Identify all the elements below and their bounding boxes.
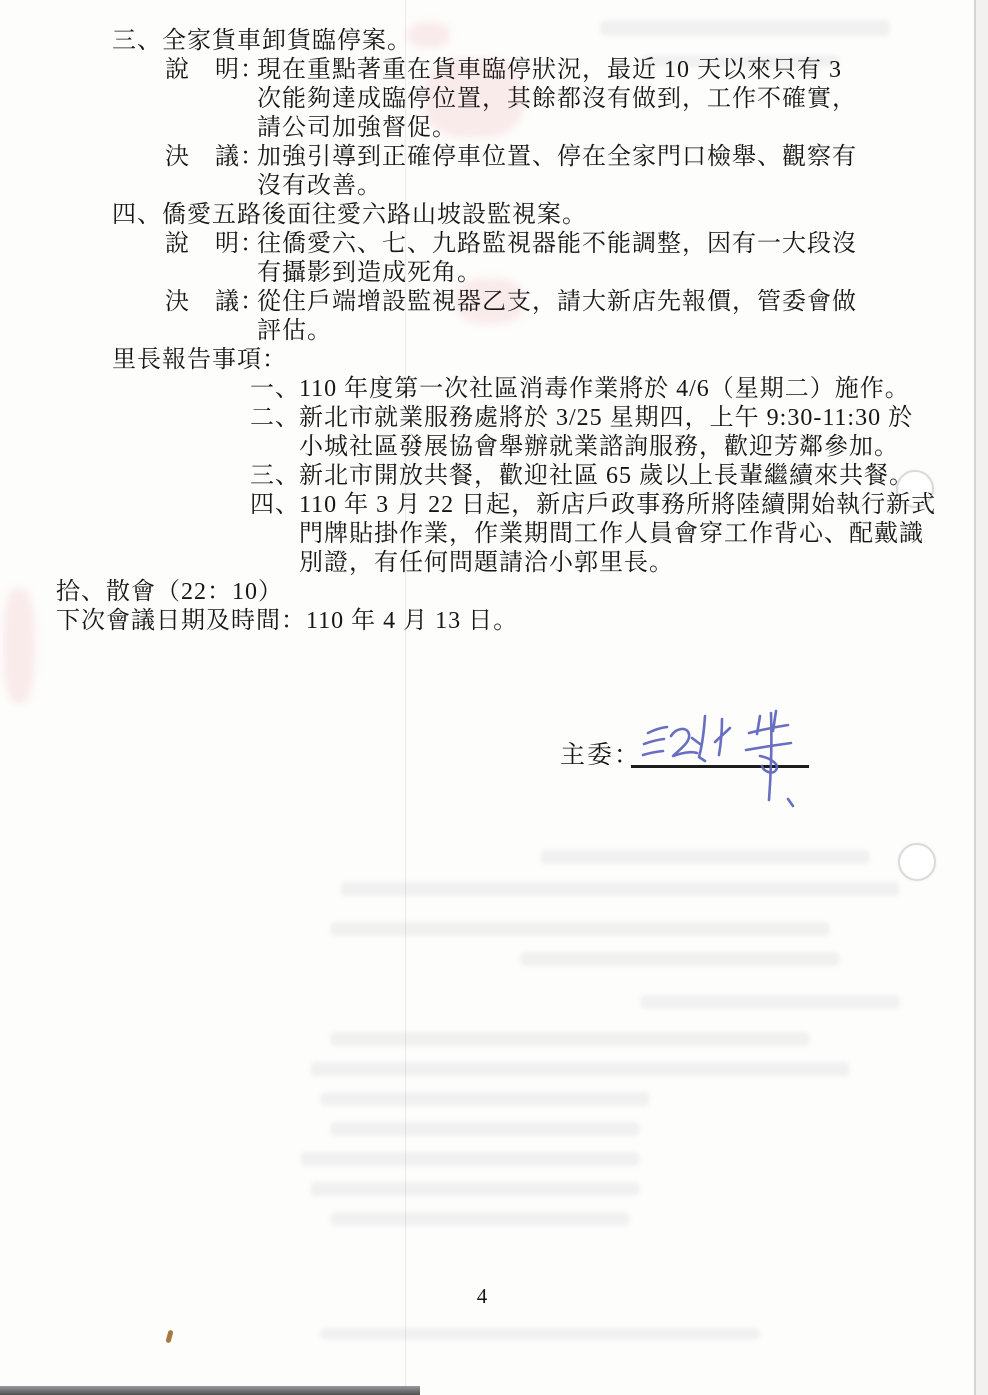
report-item-line: 小城社區發展協會舉辦就業諮詢服務，歡迎芳鄰參加。 [299,433,913,462]
section-line: 有攝影到造成死角。 [257,259,857,288]
bleed-through-artifact [310,1062,850,1076]
bleed-through-artifact [320,1328,760,1340]
bleed-through-artifact [540,850,870,864]
bottom-scan-edge [0,1386,420,1395]
chairman-signature [632,700,802,818]
section-line: 現在重點著重在貨車臨停狀況，最近 10 天以來只有 3 [257,56,857,85]
section-label: 決 議： [165,288,257,346]
bleed-through-artifact [340,882,900,896]
report-item: 四、 110 年 3 月 22 日起，新店戶政事務所將陸續開始執行新式 門牌貼掛… [250,491,988,578]
punch-hole [898,843,936,881]
agenda-item-title: 全家貨車卸貨臨停案。 [162,28,412,54]
report-item-number: 四、 [250,491,299,578]
report-item-line: 新北市就業服務處將於 3/25 星期四，上午 9:30-11:30 於 [299,404,913,433]
adjournment-line: 拾、散會（22：10） [56,578,988,607]
section-line: 從住戶端增設監視器乙支，請大新店先報價，管委會做 [257,288,857,317]
section-line: 往僑愛六、七、九路監視器能不能調整，因有一大段沒 [257,230,857,259]
agenda-item: 三、全家貨車卸貨臨停案。 [112,27,988,56]
explanation-section: 說 明： 往僑愛六、七、九路監視器能不能調整，因有一大段沒 有攝影到造成死角。 [165,230,988,288]
report-item: 三、 新北市開放共餐，歡迎社區 65 歲以上長輩繼續來共餐。 [250,462,988,491]
chairman-label: 主委： [560,735,641,771]
report-item-line: 110 年度第一次社區消毒作業將於 4/6（星期二）施作。 [299,375,910,404]
paper-speck [165,1330,173,1344]
explanation-section: 說 明： 現在重點著重在貨車臨停狀況，最近 10 天以來只有 3 次能夠達成臨停… [165,56,988,143]
report-item-line: 門牌貼掛作業，作業期間工作人員會穿工作背心、配戴識 [299,520,936,549]
document-body: 三、全家貨車卸貨臨停案。 說 明： 現在重點著重在貨車臨停狀況，最近 10 天以… [0,27,988,636]
bleed-through-artifact [330,1122,640,1136]
section-label: 說 明： [165,230,257,288]
report-item-line: 110 年 3 月 22 日起，新店戶政事務所將陸續開始執行新式 [299,491,936,520]
section-line: 加強引導到正確停車位置、停在全家門口檢舉、觀察有 [257,143,857,172]
bleed-through-artifact [310,1182,640,1196]
chief-report-heading: 里長報告事項： [112,346,988,375]
section-line: 沒有改善。 [257,172,857,201]
bleed-through-artifact [330,922,830,936]
scanned-document-page: 三、全家貨車卸貨臨停案。 說 明： 現在重點著重在貨車臨停狀況，最近 10 天以… [0,0,988,1395]
report-item-number: 二、 [250,404,299,462]
bleed-through-artifact [330,1212,630,1226]
section-label: 決 議： [165,143,257,201]
next-meeting-line: 下次會議日期及時間：110 年 4 月 13 日。 [56,607,988,636]
section-line: 請公司加強督促。 [257,114,857,143]
agenda-item-number: 三、 [112,28,162,54]
bleed-through-artifact [320,1092,650,1106]
section-line: 評估。 [257,317,857,346]
report-item-number: 三、 [250,462,299,491]
bleed-through-artifact [330,1032,810,1046]
report-item-line: 別證，有任何問題請洽小郭里長。 [299,549,936,578]
resolution-section: 決 議： 從住戶端增設監視器乙支，請大新店先報價，管委會做 評估。 [165,288,988,346]
agenda-item: 四、僑愛五路後面往愛六路山坡設監視案。 [112,201,988,230]
resolution-section: 決 議： 加強引導到正確停車位置、停在全家門口檢舉、觀察有 沒有改善。 [165,143,988,201]
section-label: 說 明： [165,56,257,143]
report-item-number: 一、 [250,375,299,404]
report-item: 二、 新北市就業服務處將於 3/25 星期四，上午 9:30-11:30 於 小… [250,404,988,462]
page-number: 4 [452,1284,512,1309]
report-item: 一、 110 年度第一次社區消毒作業將於 4/6（星期二）施作。 [250,375,988,404]
section-line: 次能夠達成臨停位置，其餘都沒有做到，工作不確實， [257,85,857,114]
bleed-through-artifact [640,995,900,1009]
agenda-item-title: 僑愛五路後面往愛六路山坡設監視案。 [162,202,587,228]
bleed-through-artifact [300,1152,640,1166]
report-item-line: 新北市開放共餐，歡迎社區 65 歲以上長輩繼續來共餐。 [299,462,914,491]
agenda-item-number: 四、 [112,202,162,228]
bleed-through-artifact [520,952,840,966]
